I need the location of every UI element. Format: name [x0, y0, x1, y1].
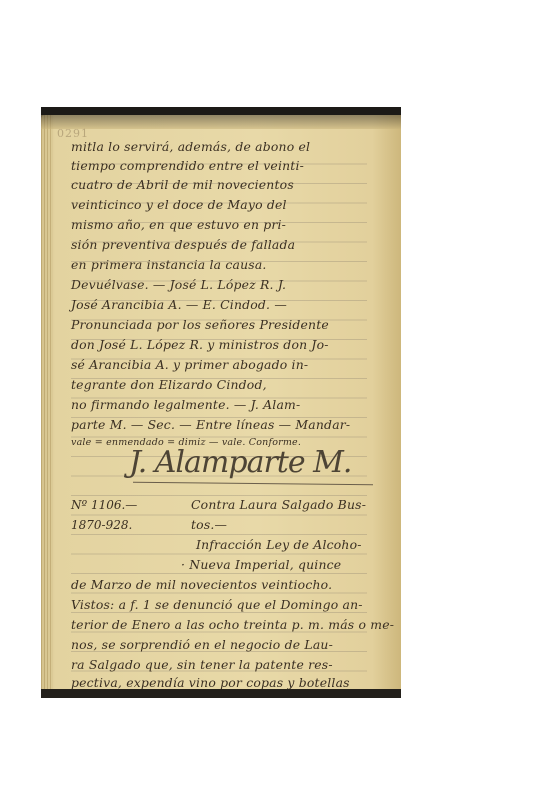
text-line: de Marzo de mil novecientos veintiocho.: [71, 575, 385, 595]
text-line: Devuélvase. — José L. López R. J.: [71, 275, 385, 295]
text-line: ra Salgado que, sin tener la patente res…: [71, 655, 385, 675]
entry-number: Nº 1106.—: [71, 498, 137, 512]
text-line: veinticinco y el doce de Mayo del: [71, 195, 385, 215]
entry-subject: Infracción Ley de Alcoho-: [196, 535, 385, 555]
entry-title: tos.—: [191, 515, 385, 535]
ledger-page: 0291 mitla lo servirá, además, de abono …: [41, 115, 401, 693]
text-line: cuatro de Abril de mil novecientos: [71, 175, 385, 195]
scanned-document: 0291 mitla lo servirá, además, de abono …: [41, 107, 401, 698]
text-line: sé Arancibia A. y primer abogado in-: [71, 355, 385, 375]
text-line: en primera instancia la causa.: [71, 255, 385, 275]
text-line: nos, se sorprendió en el negocio de Lau-: [71, 635, 385, 655]
entry-title: Contra Laura Salgado Bus-: [191, 495, 385, 515]
text-line: José Arancibia A. — E. Cindod. —: [71, 295, 385, 315]
page-edge-shadow: [41, 689, 401, 698]
text-line: tiempo comprendido entre el veinti-: [71, 156, 385, 176]
text-line: no firmando legalmente. — J. Alam-: [71, 395, 385, 415]
text-line: sión preventiva después de fallada: [71, 235, 385, 255]
text-line: Pronunciada por los señores Presidente: [71, 315, 385, 335]
text-line: parte M. — Sec. — Entre líneas — Mandar-: [71, 415, 385, 435]
text-line: Vistos: a f. 1 se denunció que el Doming…: [71, 595, 385, 615]
text-line: tegrante don Elizardo Cindod,: [71, 375, 385, 395]
text-line: don José L. López R. y ministros don Jo-: [71, 335, 385, 355]
signature: J. Alamparte M.: [129, 445, 351, 480]
case-reference: 1870-928.: [71, 518, 132, 532]
entry-subject: · Nueva Imperial, quince: [181, 555, 385, 575]
text-line: mismo año, en que estuvo en pri-: [71, 215, 385, 235]
text-line: mitla lo servirá, además, de abono el: [71, 137, 385, 157]
text-line: terior de Enero a las ocho treinta p. m.…: [71, 615, 385, 635]
